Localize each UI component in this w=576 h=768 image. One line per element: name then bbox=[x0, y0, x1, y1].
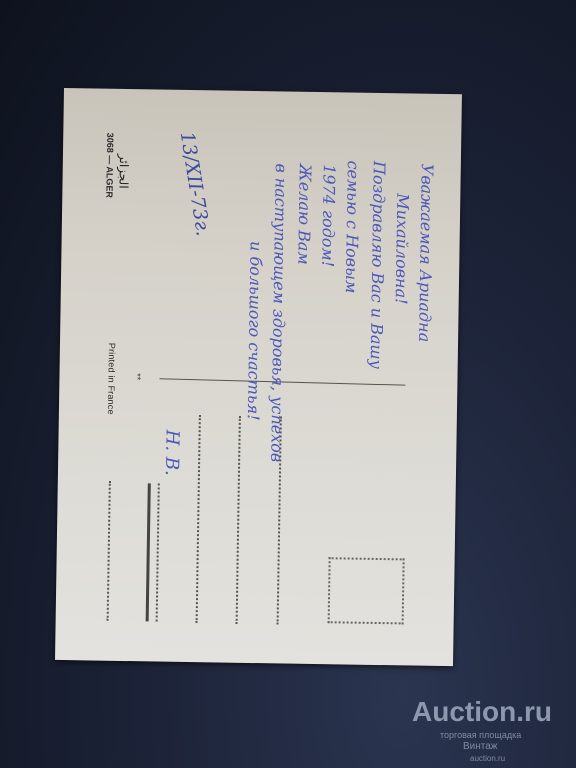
stamp-box bbox=[328, 557, 405, 624]
watermark-line-3: auction.ru bbox=[470, 754, 505, 763]
postal-code-bar bbox=[146, 483, 151, 621]
message-line-4: семью с Новым bbox=[342, 160, 363, 293]
arabic-city-label: الجزائر bbox=[116, 154, 131, 189]
card-code-label: 3068 — ALGER bbox=[104, 133, 115, 198]
message-line-8: и большого счастья! bbox=[244, 241, 266, 421]
handwritten-date: 13/XII-73г. bbox=[176, 130, 214, 238]
address-line-3 bbox=[196, 415, 201, 623]
watermark-brand: Auction.ru bbox=[412, 696, 552, 728]
stars-mark: ** bbox=[133, 373, 141, 380]
signature: Н. В. bbox=[161, 430, 183, 476]
address-line-2 bbox=[156, 484, 160, 622]
address-line-1 bbox=[107, 481, 111, 621]
message-line-6: Желаю Вам bbox=[294, 164, 315, 265]
message-line-1: Уважаемая Ариадна bbox=[415, 164, 437, 343]
address-line-4 bbox=[236, 416, 241, 624]
watermark-line-1: торговая площадка bbox=[440, 730, 521, 740]
message-line-7: в наступающем здоровья, успехов bbox=[267, 163, 291, 462]
watermark-line-2: Винтаж bbox=[463, 741, 498, 752]
message-line-3: Поздравляю Вас и Вашу bbox=[367, 161, 389, 369]
printed-in-france-label: Printed in France bbox=[106, 343, 117, 415]
postcard: 3068 — ALGER الجزائر Printed in France *… bbox=[55, 88, 462, 666]
message-line-5: 1974 годом! bbox=[318, 164, 339, 267]
message-line-2: Михайловна! bbox=[392, 193, 413, 304]
